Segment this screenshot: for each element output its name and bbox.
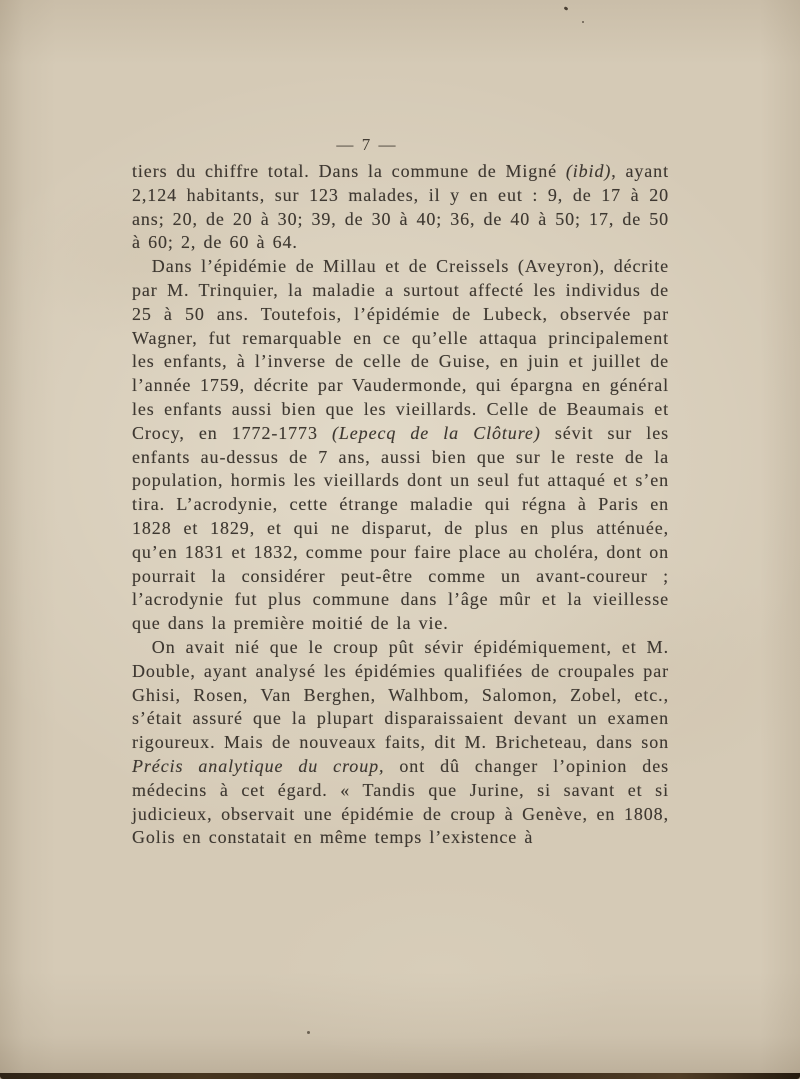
text-block: tiers du chiffre total. Dans la commune … <box>132 160 669 850</box>
italic-run: Précis analytique du croup, <box>132 756 384 776</box>
book-page: — 7 — tiers du chiffre total. Dans la co… <box>0 0 800 1079</box>
text-run: On avait nié que le croup pût sévir épid… <box>132 637 669 752</box>
ink-speck <box>582 21 584 23</box>
ink-speck <box>464 836 466 839</box>
ink-speck <box>564 6 569 11</box>
text-run: Dans l’épidémie de Millau et de Creissel… <box>132 256 669 443</box>
page-bottom-edge <box>0 1073 800 1079</box>
italic-run: (Lepecq de la Clôture) <box>332 423 541 443</box>
paragraph: tiers du chiffre total. Dans la commune … <box>132 160 669 255</box>
ink-speck <box>307 1031 310 1034</box>
paragraph: On avait nié que le croup pût sévir épid… <box>132 636 669 850</box>
text-run: sévit sur les enfants au-dessus de 7 ans… <box>132 423 669 633</box>
paragraph: Dans l’épidémie de Millau et de Creissel… <box>132 255 669 636</box>
italic-run: (ibid) <box>566 161 611 181</box>
page-number: — 7 — <box>307 135 427 155</box>
text-run: tiers du chiffre total. Dans la commune … <box>132 161 566 181</box>
